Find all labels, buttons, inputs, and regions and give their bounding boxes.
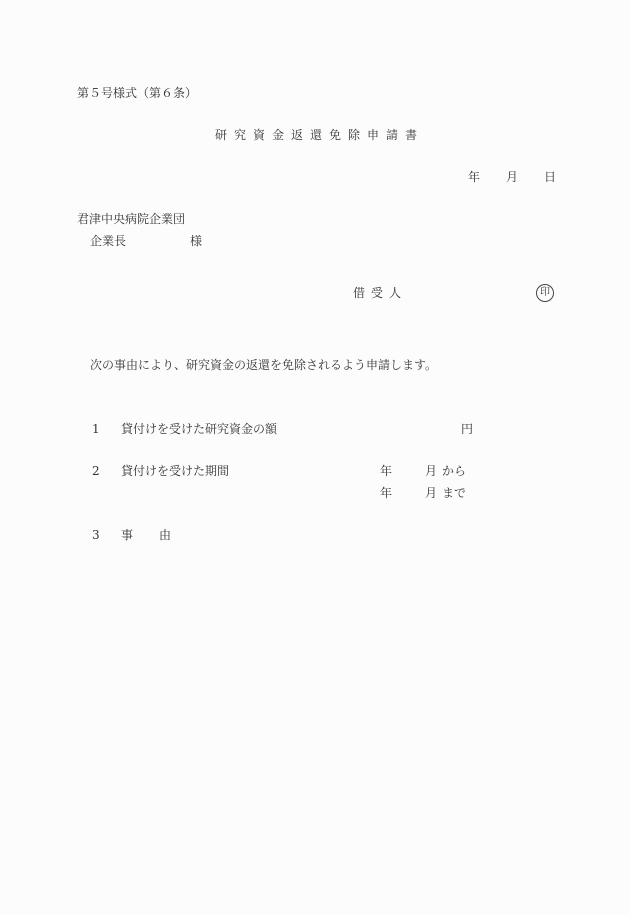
item-number: 1	[92, 422, 100, 436]
period-start-month-label: 月	[425, 464, 437, 478]
addressee-position: 企業長	[90, 234, 126, 248]
date-day-label: 日	[544, 170, 556, 184]
item-label-part1: 事	[121, 528, 133, 542]
period-end-year-label: 年	[380, 486, 392, 500]
document-title: 研究資金返還免除申請書	[215, 128, 424, 142]
addressee-organization: 君津中央病院企業団	[77, 212, 185, 226]
addressee-honorific: 様	[190, 234, 202, 248]
date-year-label: 年	[468, 170, 480, 184]
item-number: 2	[92, 464, 100, 478]
period-start-suffix: から	[442, 464, 466, 478]
item-label: 貸付けを受けた期間	[121, 464, 229, 478]
period-end-suffix: まで	[442, 486, 466, 500]
body-text: 次の事由により、研究資金の返還を免除されるよう申請します。	[90, 358, 437, 372]
applicant-label: 借受人	[353, 286, 407, 300]
item-label: 貸付けを受けた研究資金の額	[121, 422, 277, 436]
date-month-label: 月	[506, 170, 518, 184]
seal-icon: 印	[536, 284, 554, 302]
period-end-month-label: 月	[425, 486, 437, 500]
amount-unit: 円	[461, 422, 473, 436]
item-number: 3	[92, 528, 100, 542]
item-label-part2: 由	[159, 528, 171, 542]
form-number: 第５号様式（第６条）	[77, 86, 197, 100]
period-start-year-label: 年	[380, 464, 392, 478]
